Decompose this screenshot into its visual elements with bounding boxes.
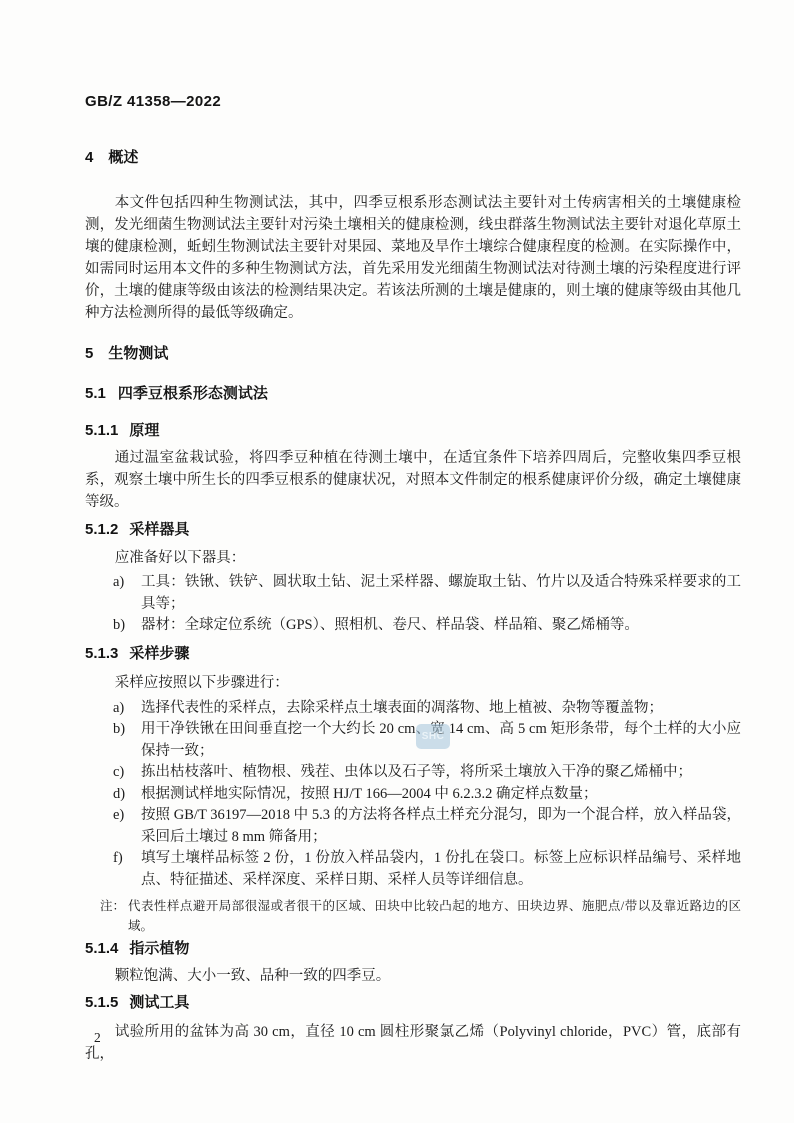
heading-5-1-5-number: 5.1.5 — [85, 994, 118, 1011]
watermark-badge: SHC — [416, 724, 450, 749]
note: 注： 代表性样点避开局部很湿或者很干的区域、田块中比较凸起的地方、田块边界、施肥… — [85, 896, 741, 936]
list-item: e) 按照 GB/T 36197—2018 中 5.3 的方法将各样点土样充分混… — [85, 805, 741, 848]
heading-5-1-2-title: 采样器具 — [129, 521, 189, 538]
list-item-text: 根据测试样地实际情况，按照 HJ/T 166—2004 中 6.2.3.2 确定… — [141, 786, 598, 802]
list-item-marker: b) — [113, 719, 125, 741]
list-item-marker: a) — [113, 698, 124, 720]
paragraph-principle: 通过温室盆栽试验，将四季豆种植在待测土壤中，在适宜条件下培养四周后，完整收集四季… — [85, 447, 741, 513]
heading-5-1-3-title: 采样步骤 — [129, 645, 189, 662]
list-item-text: 工具：铁锹、铁铲、圆状取土钻、泥土采样器、螺旋取土钻、竹片以及适合特殊采样要求的… — [141, 574, 741, 612]
list-item: a) 工具：铁锹、铁铲、圆状取土钻、泥土采样器、螺旋取土钻、竹片以及适合特殊采样… — [85, 572, 741, 615]
list-item-marker: d) — [113, 784, 125, 806]
heading-5-1-5-title: 测试工具 — [129, 994, 189, 1011]
heading-5-1-1-title: 原理 — [129, 422, 159, 439]
heading-5-1-5: 5.1.5测试工具 — [85, 994, 741, 1011]
heading-5-1-number: 5.1 — [85, 385, 106, 402]
heading-5-1-1: 5.1.1原理 — [85, 422, 741, 439]
paragraph-equipment-intro: 应准备好以下器具： — [85, 547, 741, 569]
standard-number: GB/Z 41358—2022 — [85, 93, 741, 110]
heading-5: 5生物测试 — [85, 345, 741, 362]
heading-5-1: 5.1四季豆根系形态测试法 — [85, 385, 741, 402]
heading-5-1-4-title: 指示植物 — [129, 940, 189, 957]
list-item-marker: c) — [113, 762, 124, 784]
list-item: b) 器材：全球定位系统（GPS）、照相机、卷尺、样品袋、样品箱、聚乙烯桶等。 — [85, 615, 741, 637]
list-item: d) 根据测试样地实际情况，按照 HJ/T 166—2004 中 6.2.3.2… — [85, 784, 741, 806]
heading-5-1-3-number: 5.1.3 — [85, 645, 118, 662]
list-item-marker: b) — [113, 615, 125, 637]
list-item-text: 拣出枯枝落叶、植物根、残茬、虫体以及石子等，将所采土壤放入干净的聚乙烯桶中； — [141, 764, 692, 780]
heading-5-1-title: 四季豆根系形态测试法 — [118, 385, 268, 402]
sampling-steps-list: a) 选择代表性的采样点，去除采样点土壤表面的凋落物、地上植被、杂物等覆盖物； … — [85, 698, 741, 892]
list-item-marker: a) — [113, 572, 124, 594]
paragraph-indicator-plant: 颗粒饱满、大小一致、品种一致的四季豆。 — [85, 965, 741, 987]
heading-4: 4概述 — [85, 149, 741, 166]
note-label: 注： — [100, 896, 125, 916]
list-item: a) 选择代表性的采样点，去除采样点土壤表面的凋落物、地上植被、杂物等覆盖物； — [85, 698, 741, 720]
heading-5-number: 5 — [85, 345, 93, 362]
heading-5-1-4-number: 5.1.4 — [85, 940, 118, 957]
heading-5-1-3: 5.1.3采样步骤 — [85, 645, 741, 662]
heading-5-1-2: 5.1.2采样器具 — [85, 521, 741, 538]
heading-5-1-1-number: 5.1.1 — [85, 422, 118, 439]
heading-4-number: 4 — [85, 149, 93, 166]
page-content: GB/Z 41358—2022 4概述 本文件包括四种生物测试法，其中，四季豆根… — [85, 93, 741, 1065]
list-item: c) 拣出枯枝落叶、植物根、残茬、虫体以及石子等，将所采土壤放入干净的聚乙烯桶中… — [85, 762, 741, 784]
heading-5-1-2-number: 5.1.2 — [85, 521, 118, 538]
heading-5-1-4: 5.1.4指示植物 — [85, 940, 741, 957]
paragraph-steps-intro: 采样应按照以下步骤进行： — [85, 672, 741, 694]
list-item-text: 选择代表性的采样点，去除采样点土壤表面的凋落物、地上植被、杂物等覆盖物； — [141, 700, 663, 716]
list-item: b) 用干净铁锹在田间垂直挖一个大约长 20 cm、宽 14 cm、高 5 cm… — [85, 719, 741, 762]
equipment-list: a) 工具：铁锹、铁铲、圆状取土钻、泥土采样器、螺旋取土钻、竹片以及适合特殊采样… — [85, 572, 741, 637]
list-item-marker: f) — [113, 848, 123, 870]
document-page: GB/Z 41358—2022 4概述 本文件包括四种生物测试法，其中，四季豆根… — [0, 0, 794, 1123]
paragraph-test-tools: 试验所用的盆钵为高 30 cm，直径 10 cm 圆柱形聚氯乙烯（Polyvin… — [85, 1021, 741, 1065]
list-item-marker: e) — [113, 805, 124, 827]
page-number: 2 — [94, 1030, 101, 1046]
paragraph-overview: 本文件包括四种生物测试法，其中，四季豆根系形态测试法主要针对土传病害相关的土壤健… — [85, 192, 741, 324]
list-item-text: 填写土壤样品标签 2 份，1 份放入样品袋内，1 份扎在袋口。标签上应标识样品编… — [141, 850, 741, 888]
list-item-text: 按照 GB/T 36197—2018 中 5.3 的方法将各样点土样充分混匀，即… — [141, 807, 741, 845]
heading-5-title: 生物测试 — [108, 345, 168, 362]
heading-4-title: 概述 — [108, 149, 138, 166]
list-item: f) 填写土壤样品标签 2 份，1 份放入样品袋内，1 份扎在袋口。标签上应标识… — [85, 848, 741, 891]
list-item-text: 器材：全球定位系统（GPS）、照相机、卷尺、样品袋、样品箱、聚乙烯桶等。 — [141, 617, 639, 633]
note-text: 代表性样点避开局部很湿或者很干的区域、田块中比较凸起的地方、田块边界、施肥点/带… — [128, 899, 741, 933]
